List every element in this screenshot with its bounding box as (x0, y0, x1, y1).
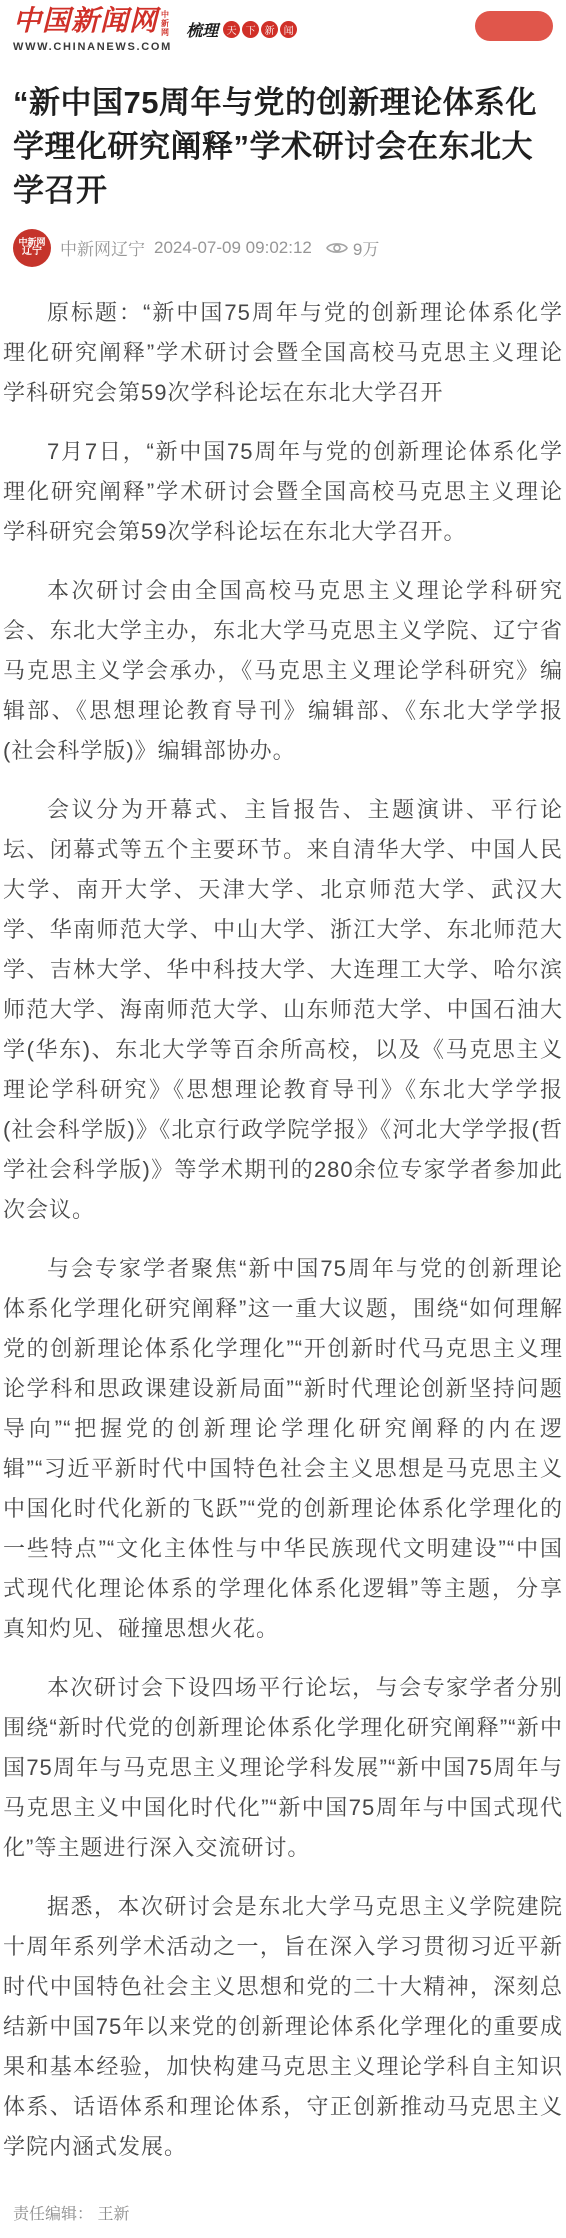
byline: 中新网 辽宁 中新网辽宁 2024-07-09 09:02:12 9万 (0, 229, 566, 267)
publish-datetime: 2024-07-09 09:02:12 (154, 238, 312, 258)
logo-url: WWW.CHINANEWS.COM (13, 41, 172, 53)
slogan-prefix: 梳理 (186, 18, 218, 41)
eye-icon (326, 240, 348, 256)
article-title: “新中国75周年与党的创新理论体系化学理化研究阐释”学术研讨会在东北大学召开 (0, 81, 566, 213)
editor-name: 王新 (97, 2206, 129, 2223)
avatar-text-bottom: 辽宁 (22, 247, 42, 258)
article-paragraph: 原标题：“新中国75周年与党的创新理论体系化学理化研究阐释”学术研讨会暨全国高校… (3, 293, 563, 413)
slogan-char-badge: 下 (242, 21, 259, 38)
slogan-char-badge: 新 (261, 21, 278, 38)
editor-label: 责任编辑： (13, 2206, 93, 2223)
slogan-char-badge: 闻 (280, 21, 297, 38)
source-avatar[interactable]: 中新网 辽宁 (13, 229, 51, 267)
article-body: 原标题：“新中国75周年与党的创新理论体系化学理化研究阐释”学术研讨会暨全国高校… (0, 293, 566, 2167)
article-paragraph: 据悉，本次研讨会是东北大学马克思主义学院建院十周年系列学术活动之一，旨在深入学习… (3, 1887, 563, 2167)
slogan: 梳理 天 下 新 闻 (186, 18, 475, 41)
slogan-char-badge: 天 (223, 21, 240, 38)
source-name[interactable]: 中新网辽宁 (60, 235, 145, 260)
article-paragraph: 本次研讨会下设四场平行论坛，与会专家学者分别围绕“新时代党的创新理论体系化学理化… (3, 1668, 563, 1868)
site-header: 中国新闻网 中新网 WWW.CHINANEWS.COM 梳理 天 下 新 闻 (0, 0, 566, 57)
article-paragraph: 会议分为开幕式、主旨报告、主题演讲、平行论坛、闭幕式等五个主要环节。来自清华大学… (3, 790, 563, 1230)
view-count: 9万 (326, 235, 379, 260)
article-paragraph: 本次研讨会由全国高校马克思主义理论学科研究会、东北大学主办，东北大学马克思主义学… (3, 571, 563, 771)
logo-side-mark: 中新网 (161, 10, 171, 38)
logo-wordmark: 中国新闻网 (13, 8, 158, 36)
article-paragraph: 与会专家学者聚焦“新中国75周年与党的创新理论体系化学理化研究阐释”这一重大议题… (3, 1249, 563, 1649)
article-footer: 责任编辑： 王新 (0, 2201, 566, 2238)
view-count-value: 9万 (353, 235, 379, 260)
site-logo[interactable]: 中国新闻网 中新网 WWW.CHINANEWS.COM (13, 8, 172, 53)
header-action-button[interactable] (475, 11, 553, 41)
article-paragraph: 7月7日，“新中国75周年与党的创新理论体系化学理化研究阐释”学术研讨会暨全国高… (3, 432, 563, 552)
